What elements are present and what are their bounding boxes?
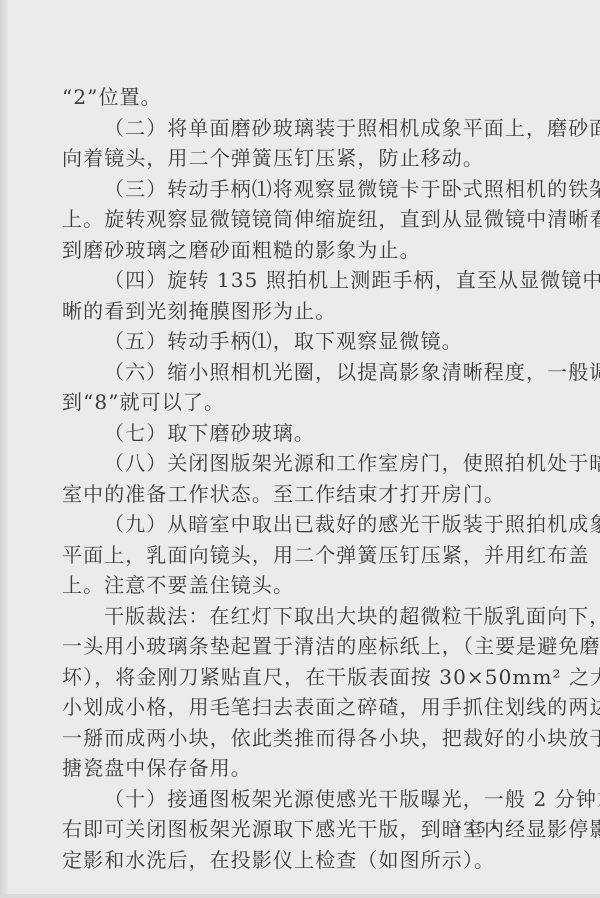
text-line: 坏），将金刚刀紧贴直尺，在干版表面按 30×50mm² 之大: [62, 662, 536, 693]
text-line: 搪瓷盘中保存备用。: [62, 753, 536, 784]
page-bottom-edge: [0, 894, 600, 898]
text-line: （十）接通图板架光源使感光干版曝光，一般 2 分钟左: [62, 784, 536, 815]
text-line: 干版裁法：在红灯下取出大块的超微粒干版乳面向下，: [62, 601, 536, 632]
text-line: （三）转动手柄⑴将观察显微镜卡于卧式照相机的铁架: [62, 174, 536, 205]
text-line: （八）关闭图版架光源和工作室房门，使照拍机处于暗: [62, 448, 536, 479]
text-line: 室中的准备工作状态。至工作结束才打开房门。: [62, 479, 536, 510]
text-line: 向着镜头，用二个弹簧压钉压紧，防止移动。: [62, 143, 536, 174]
text-line: （四）旋转 135 照拍机上测距手柄，直至从显微镜中清: [62, 265, 536, 296]
text-line: （九）从暗室中取出已裁好的感光干版装于照拍机成象: [62, 509, 536, 540]
text-line: 平面上，乳面向镜头，用二个弹簧压钉压紧，并用红布盖: [62, 540, 536, 571]
text-line: 上。注意不要盖住镜头。: [62, 570, 536, 601]
text-line: （七）取下磨砂玻璃。: [62, 418, 536, 449]
text-line: 一掰而成两小块，依此类推而得各小块，把裁好的小块放于: [62, 723, 536, 754]
text-line: （六）缩小照相机光圈，以提高影象清晰程度，一般调: [62, 357, 536, 388]
page-binding-edge: [0, 0, 8, 898]
text-line: 到磨砂玻璃之磨砂面粗糙的影象为止。: [62, 235, 536, 266]
text-line: 小划成小格，用毛笔扫去表面之碎碴，用手抓住划线的两边: [62, 692, 536, 723]
text-line: （二）将单面磨砂玻璃装于照相机成象平面上，磨砂面: [62, 113, 536, 144]
text-line: 晰的看到光刻掩膜图形为止。: [62, 296, 536, 327]
text-line: （五）转动手柄⑴，取下观察显微镜。: [62, 326, 536, 357]
page-body-text: “2”位置。 （二）将单面磨砂玻璃装于照相机成象平面上，磨砂面 向着镜头，用二个…: [62, 82, 536, 875]
page-number: • 15 •: [455, 818, 498, 838]
text-line: 一头用小玻璃条垫起置于清洁的座标纸上，（主要是避免磨: [62, 631, 536, 662]
text-line: 到“8”就可以了。: [62, 387, 536, 418]
text-line: “2”位置。: [62, 82, 536, 113]
text-line: 定影和水洗后，在投影仪上检查（如图所示）。: [62, 845, 536, 876]
text-line: 上。旋转观察显微镜镜筒伸缩旋纽，直到从显微镜中清晰看: [62, 204, 536, 235]
